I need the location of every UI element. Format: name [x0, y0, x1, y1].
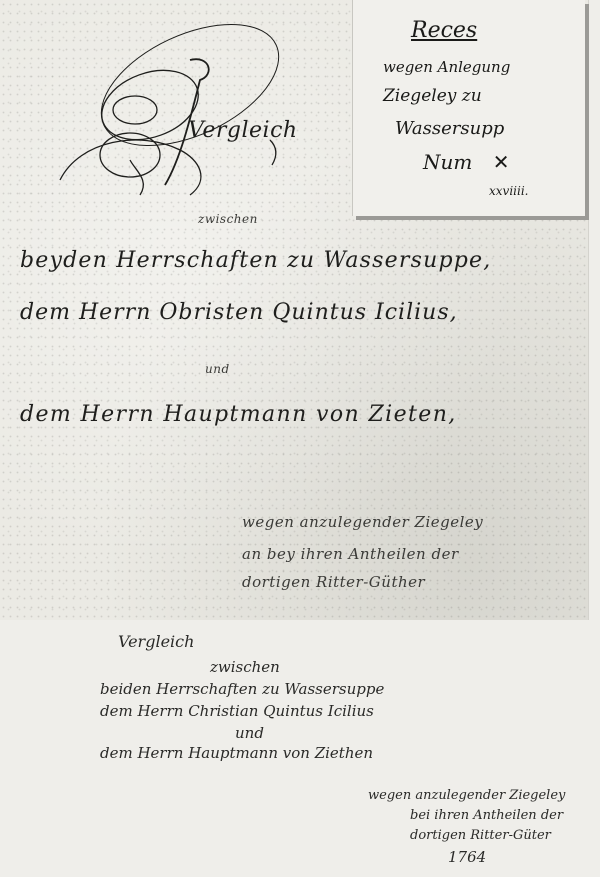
manuscript-subject-3: dortigen Ritter-Güther [242, 573, 425, 591]
transcription-und: und [235, 724, 264, 742]
transcription-subject-1: wegen anzulegender Ziegeley [368, 788, 565, 803]
manuscript-subject-2: an bey ihren Antheilen der [242, 545, 459, 563]
label-line-1: wegen Anlegung [383, 58, 510, 76]
manuscript-und: und [205, 362, 230, 376]
manuscript-subject-1: wegen anzulegender Ziegeley [242, 513, 483, 531]
transcription-zwischen: zwischen [210, 658, 280, 676]
transcription-line-2: dem Herrn Christian Quintus Icilius [100, 702, 374, 720]
ornamental-initial-v-icon [40, 10, 300, 210]
label-num-mark: ✕ [493, 150, 510, 174]
label-line-3: Wassersupp [395, 118, 504, 139]
archive-label: Reces wegen Anlegung Ziegeley zu Wassers… [352, 0, 585, 216]
manuscript-title: Vergleich [188, 118, 298, 143]
label-num: Num ✕ [423, 150, 509, 174]
transcription-line-1: beiden Herrschaften zu Wassersuppe [100, 680, 384, 698]
manuscript-zwischen: zwischen [198, 212, 258, 226]
transcription-year: 1764 [448, 848, 486, 866]
label-line-2: Ziegeley zu [383, 86, 482, 106]
transcription-title: Vergleich [118, 632, 194, 651]
transcription: Vergleich zwischen beiden Herrschaften z… [0, 620, 600, 877]
manuscript-line-2: dem Herrn Obristen Quintus Icilius, [20, 300, 458, 325]
transcription-subject-3: dortigen Ritter-Güter [410, 828, 551, 843]
transcription-subject-2: bei ihren Antheilen der [410, 808, 563, 823]
label-num-text: Num [423, 150, 472, 174]
manuscript-line-3: dem Herrn Hauptmann von Zieten, [20, 402, 457, 427]
label-title: Reces [411, 18, 477, 43]
transcription-line-3: dem Herrn Hauptmann von Ziethen [100, 744, 373, 762]
label-roman-number: xxviiii. [489, 184, 528, 198]
manuscript-line-1: beyden Herrschaften zu Wassersuppe, [20, 248, 491, 273]
